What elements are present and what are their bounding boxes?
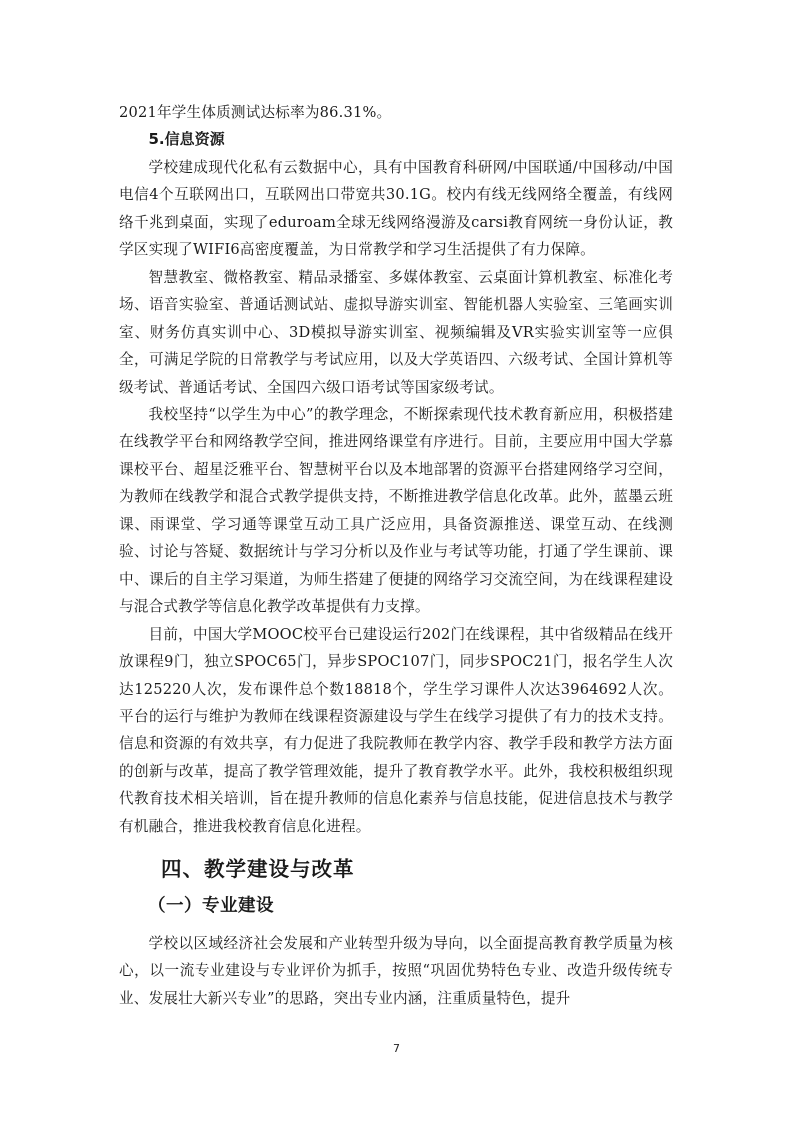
- paragraph-major-construction: 学校以区域经济社会发展和产业转型升级为导向，以全面提高教育教学质量为核心，以一流…: [119, 930, 673, 1012]
- paragraph-mooc-stats: 目前，中国大学MOOC校平台已建设运行202门在线课程，其中省级精品在线开放课程…: [119, 621, 673, 841]
- page-number: 7: [0, 1042, 793, 1055]
- subsection-heading: （一）专业建设: [148, 892, 274, 917]
- paragraph-network: 学校建成现代化私有云数据中心，具有中国教育科研网/中国联通/中国移动/中国电信4…: [119, 154, 673, 264]
- document-page: 2021年学生体质测试达标率为86.31%。 5.信息资源 学校建成现代化私有云…: [0, 0, 793, 1122]
- paragraph-online-platforms: 我校坚持“以学生为中心”的教学理念，不断探索现代技术教育新应用，积极搭建在线教学…: [119, 401, 673, 621]
- section-heading-info-resources: 5.信息资源: [119, 126, 673, 153]
- chapter-heading: 四、教学建设与改革: [161, 852, 355, 882]
- paragraph-classrooms: 智慧教室、微格教室、精品录播室、多媒体教室、云桌面计算机教室、标准化考场、语音实…: [119, 264, 673, 401]
- text-block-major-construction: 学校以区域经济社会发展和产业转型升级为导向，以全面提高教育教学质量为核心，以一流…: [119, 930, 673, 1012]
- continuation-paragraph: 2021年学生体质测试达标率为86.31%。: [119, 99, 673, 126]
- text-block-info-resources: 2021年学生体质测试达标率为86.31%。 5.信息资源 学校建成现代化私有云…: [119, 99, 673, 840]
